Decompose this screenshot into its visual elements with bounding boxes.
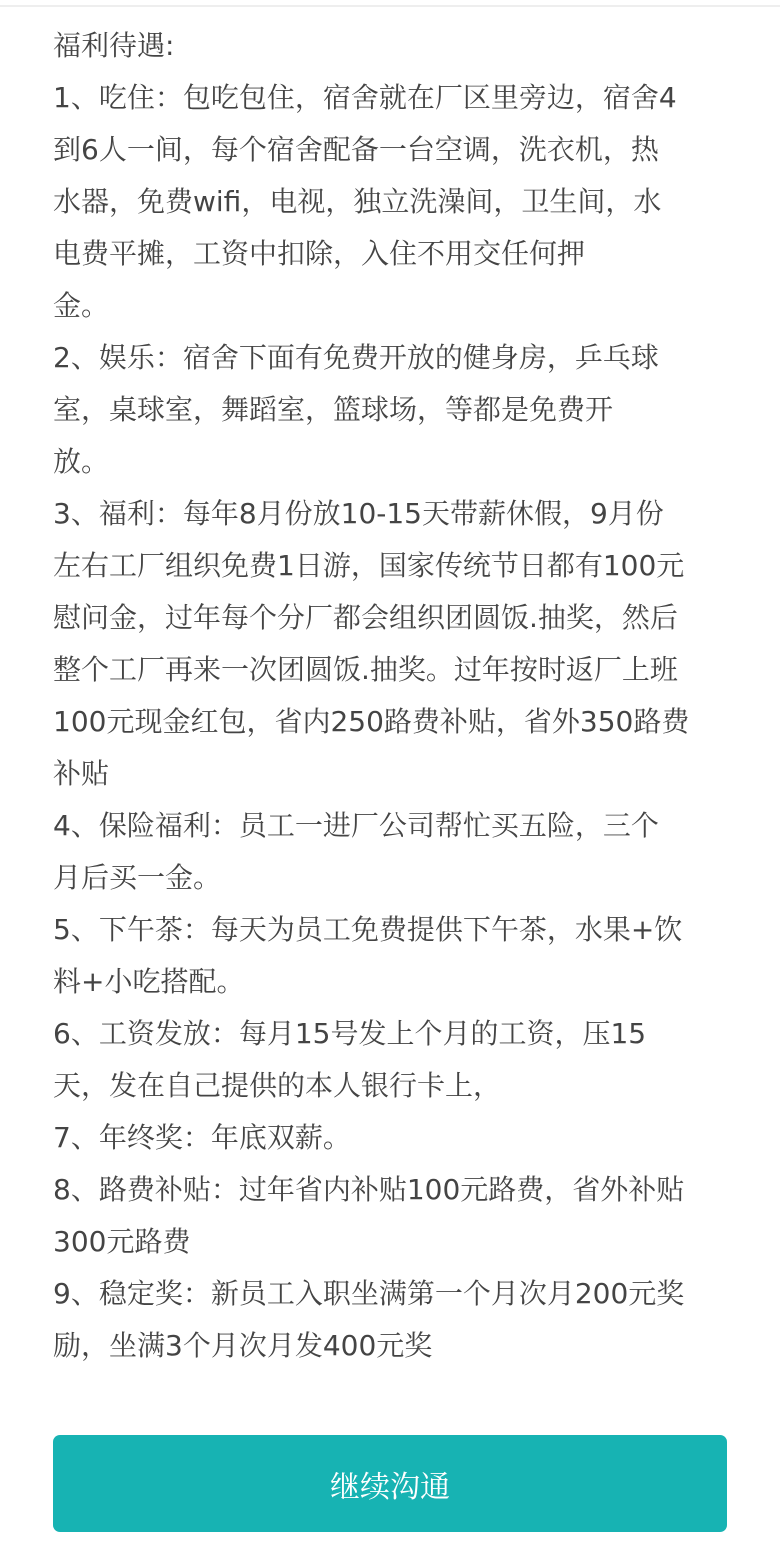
benefits-text: 福利待遇: 1、吃住：包吃包住，宿舍就在厂区里旁边，宿舍4 到6人一间，每个宿舍… <box>53 20 733 1372</box>
text-line: 补贴 <box>53 748 733 800</box>
text-line: 水器，免费wifi，电视，独立洗澡间，卫生间，水 <box>53 176 733 228</box>
text-line: 放。 <box>53 436 733 488</box>
continue-chat-button[interactable]: 继续沟通 <box>53 1435 727 1532</box>
text-line: 室，桌球室，舞蹈室，篮球场，等都是免费开 <box>53 384 733 436</box>
text-line: 3、福利：每年8月份放10-15天带薪休假，9月份 <box>53 488 733 540</box>
text-line: 7、年终奖：年底双薪。 <box>53 1112 733 1164</box>
text-line: 1、吃住：包吃包住，宿舍就在厂区里旁边，宿舍4 <box>53 72 733 124</box>
text-line: 8、路费补贴：过年省内补贴100元路费，省外补贴 <box>53 1164 733 1216</box>
top-divider <box>0 5 780 7</box>
text-line: 金。 <box>53 280 733 332</box>
text-line: 6、工资发放：每月15号发上个月的工资，压15 <box>53 1008 733 1060</box>
text-line: 9、稳定奖：新员工入职坐满第一个月次月200元奖 <box>53 1268 733 1320</box>
text-line: 天，发在自己提供的本人银行卡上， <box>53 1060 733 1112</box>
text-line: 料+小吃搭配。 <box>53 956 733 1008</box>
text-line: 电费平摊，工资中扣除，入住不用交任何押 <box>53 228 733 280</box>
text-line: 5、下午茶：每天为员工免费提供下午茶，水果+饮 <box>53 904 733 956</box>
text-line: 300元路费 <box>53 1216 733 1268</box>
continue-chat-label: 继续沟通 <box>330 1462 450 1506</box>
text-line: 左右工厂组织免费1日游，国家传统节日都有100元 <box>53 540 733 592</box>
text-line: 月后买一金。 <box>53 852 733 904</box>
text-line: 100元现金红包，省内250路费补贴，省外350路费 <box>53 696 733 748</box>
text-line: 整个工厂再来一次团圆饭.抽奖。过年按时返厂上班 <box>53 644 733 696</box>
section-title: 福利待遇: <box>53 20 733 72</box>
text-line: 4、保险福利：员工一进厂公司帮忙买五险，三个 <box>53 800 733 852</box>
text-line: 慰问金，过年每个分厂都会组织团圆饭.抽奖，然后 <box>53 592 733 644</box>
text-line: 到6人一间，每个宿舍配备一台空调，洗衣机，热 <box>53 124 733 176</box>
text-line: 励，坐满3个月次月发400元奖 <box>53 1320 733 1372</box>
text-line: 2、娱乐：宿舍下面有免费开放的健身房，乒乓球 <box>53 332 733 384</box>
